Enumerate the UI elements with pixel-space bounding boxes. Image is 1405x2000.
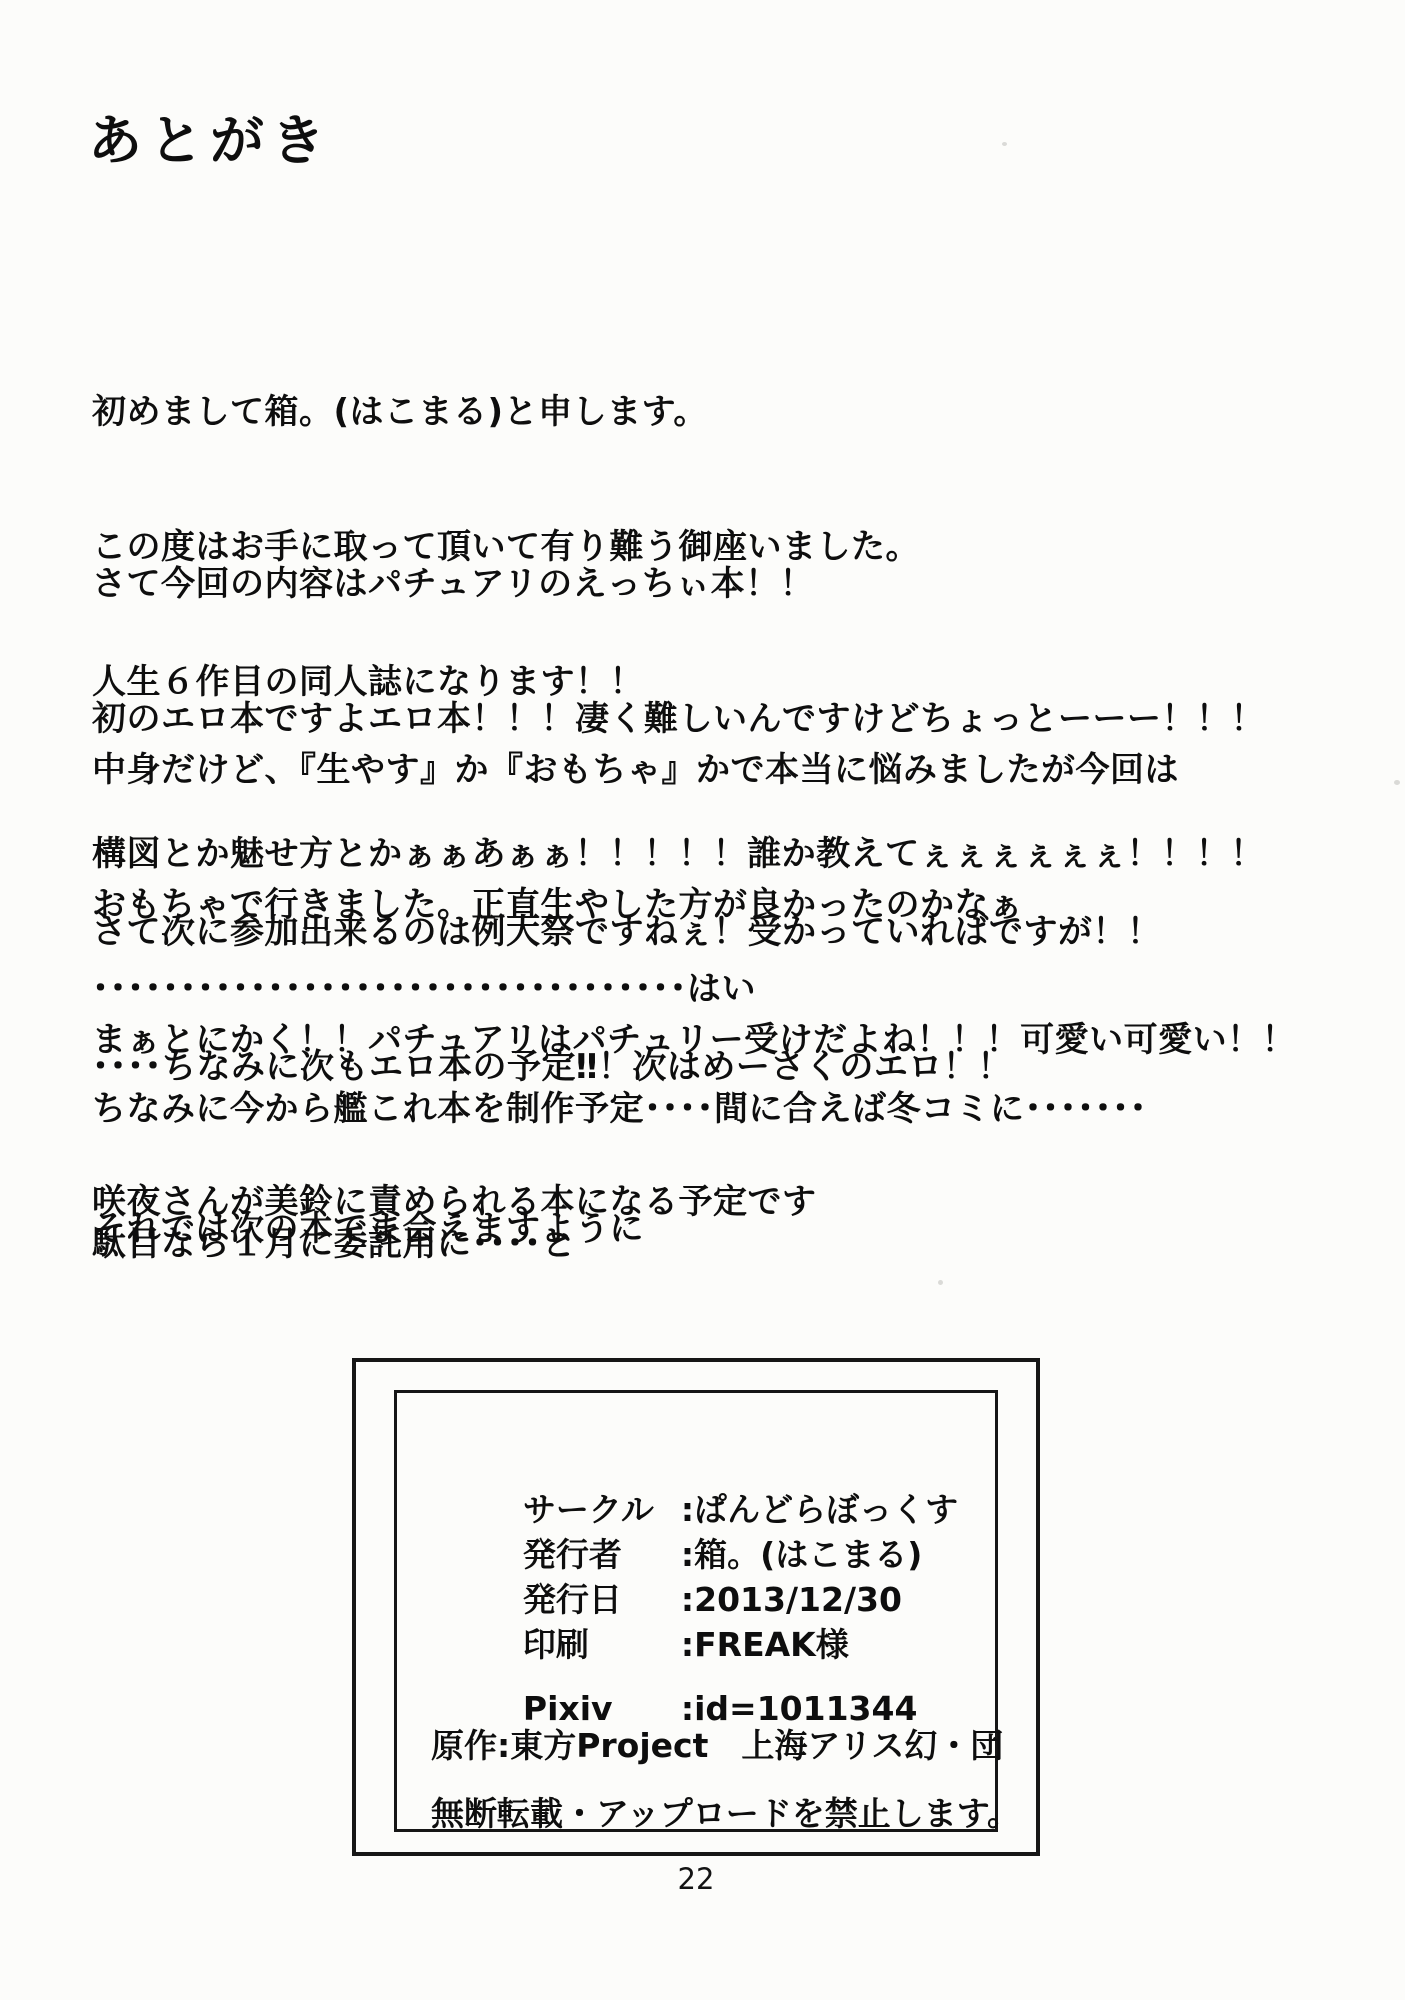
colophon-origin-line: 原作:東方Project 上海アリス幻・団 — [431, 1720, 1003, 1767]
page-title: あとがき — [88, 98, 332, 175]
scan-artifact — [1394, 780, 1400, 785]
text-line: 中身だけど、『生やす』か『おもちゃ』かで本当に悩みましたが今回は — [92, 748, 1296, 793]
text-line: 初めまして箱。(はこまる)と申します。 — [92, 390, 920, 435]
colophon-notice-line: 無断転載・アップロードを禁止します。 — [431, 1788, 1020, 1835]
page-number: 22 — [352, 1862, 1040, 1896]
paragraph-closing: それでは次の本でま会えますように — [92, 1117, 644, 1342]
text-line: さて今回の内容はパチュアリのえっちぃ本！！ — [92, 562, 1265, 607]
text-line: それでは次の本でま会えますように — [92, 1207, 644, 1252]
colophon-box: サークル:ぱんどらぼっくす 発行者:箱。(はこまる) 発行日:2013/12/3… — [394, 1390, 998, 1832]
scan-artifact — [938, 1280, 943, 1285]
afterword-page: あとがき 初めまして箱。(はこまる)と申します。 この度はお手に取って頂いて有り… — [0, 0, 1405, 2000]
scan-artifact — [1002, 142, 1007, 146]
colophon-outer-box: サークル:ぱんどらぼっくす 発行者:箱。(はこまる) 発行日:2013/12/3… — [352, 1358, 1040, 1856]
text-line: さて次に参加出来るのは例大祭ですねぇ！受かっていればですが！！ — [92, 910, 1162, 955]
